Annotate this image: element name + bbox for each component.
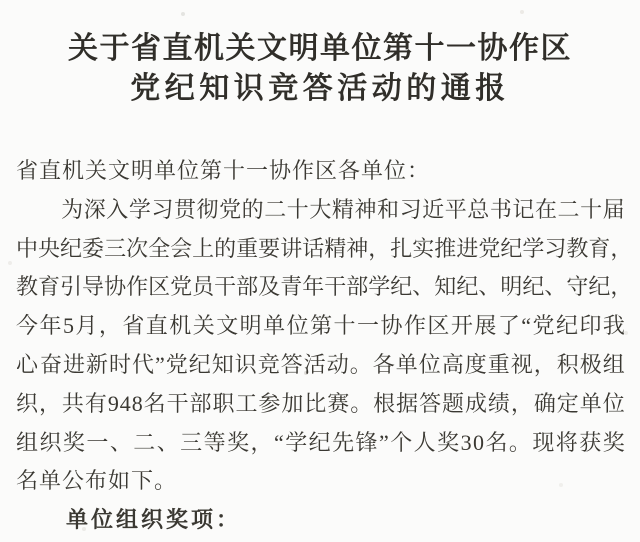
body-line: 名单公布如下。 [16,462,625,501]
document-page: 关于省直机关文明单位第十一协作区 党纪知识竞答活动的通报 省直机关文明单位第十一… [0,0,640,542]
body-line: 为深入学习贯彻党的二十大精神和习近平总书记在二十届 [16,191,625,230]
body-line: 教育引导协作区党员干部及青年干部学纪、知纪、明纪、守纪， [16,268,625,307]
body-line: 心 奋进新时代”党纪知识竞答活动。各单位高度重视，积极组 [16,346,625,385]
body-line: 省直机关文明单位第十一协作区各单位： [16,152,625,191]
scan-noise [0,0,2,2]
document-title: 关于省直机关文明单位第十一协作区 党纪知识竞答活动的通报 [0,29,640,108]
body-line: 单位组织奖项： [16,501,625,540]
body-line: 组织奖一、二、三等奖，“学纪先锋”个人奖30名。现将获奖 [16,424,625,463]
body-line: 中央纪委三次全会上的重要讲话精神，扎实推进党纪学习教育， [16,230,625,269]
title-line-2: 党纪知识竞答活动的通报 [0,69,640,109]
body-line: 今年5月，省直机关文明单位第十一协作区开展了“党纪印我 [16,307,625,346]
body-line: 织，共有948名干部职工参加比赛。根据答题成绩，确定单位 [16,385,625,424]
document-body: 省直机关文明单位第十一协作区各单位： 为深入学习贯彻党的二十大精神和习近平总书记… [16,152,625,540]
title-line-1: 关于省直机关文明单位第十一协作区 [0,29,640,69]
